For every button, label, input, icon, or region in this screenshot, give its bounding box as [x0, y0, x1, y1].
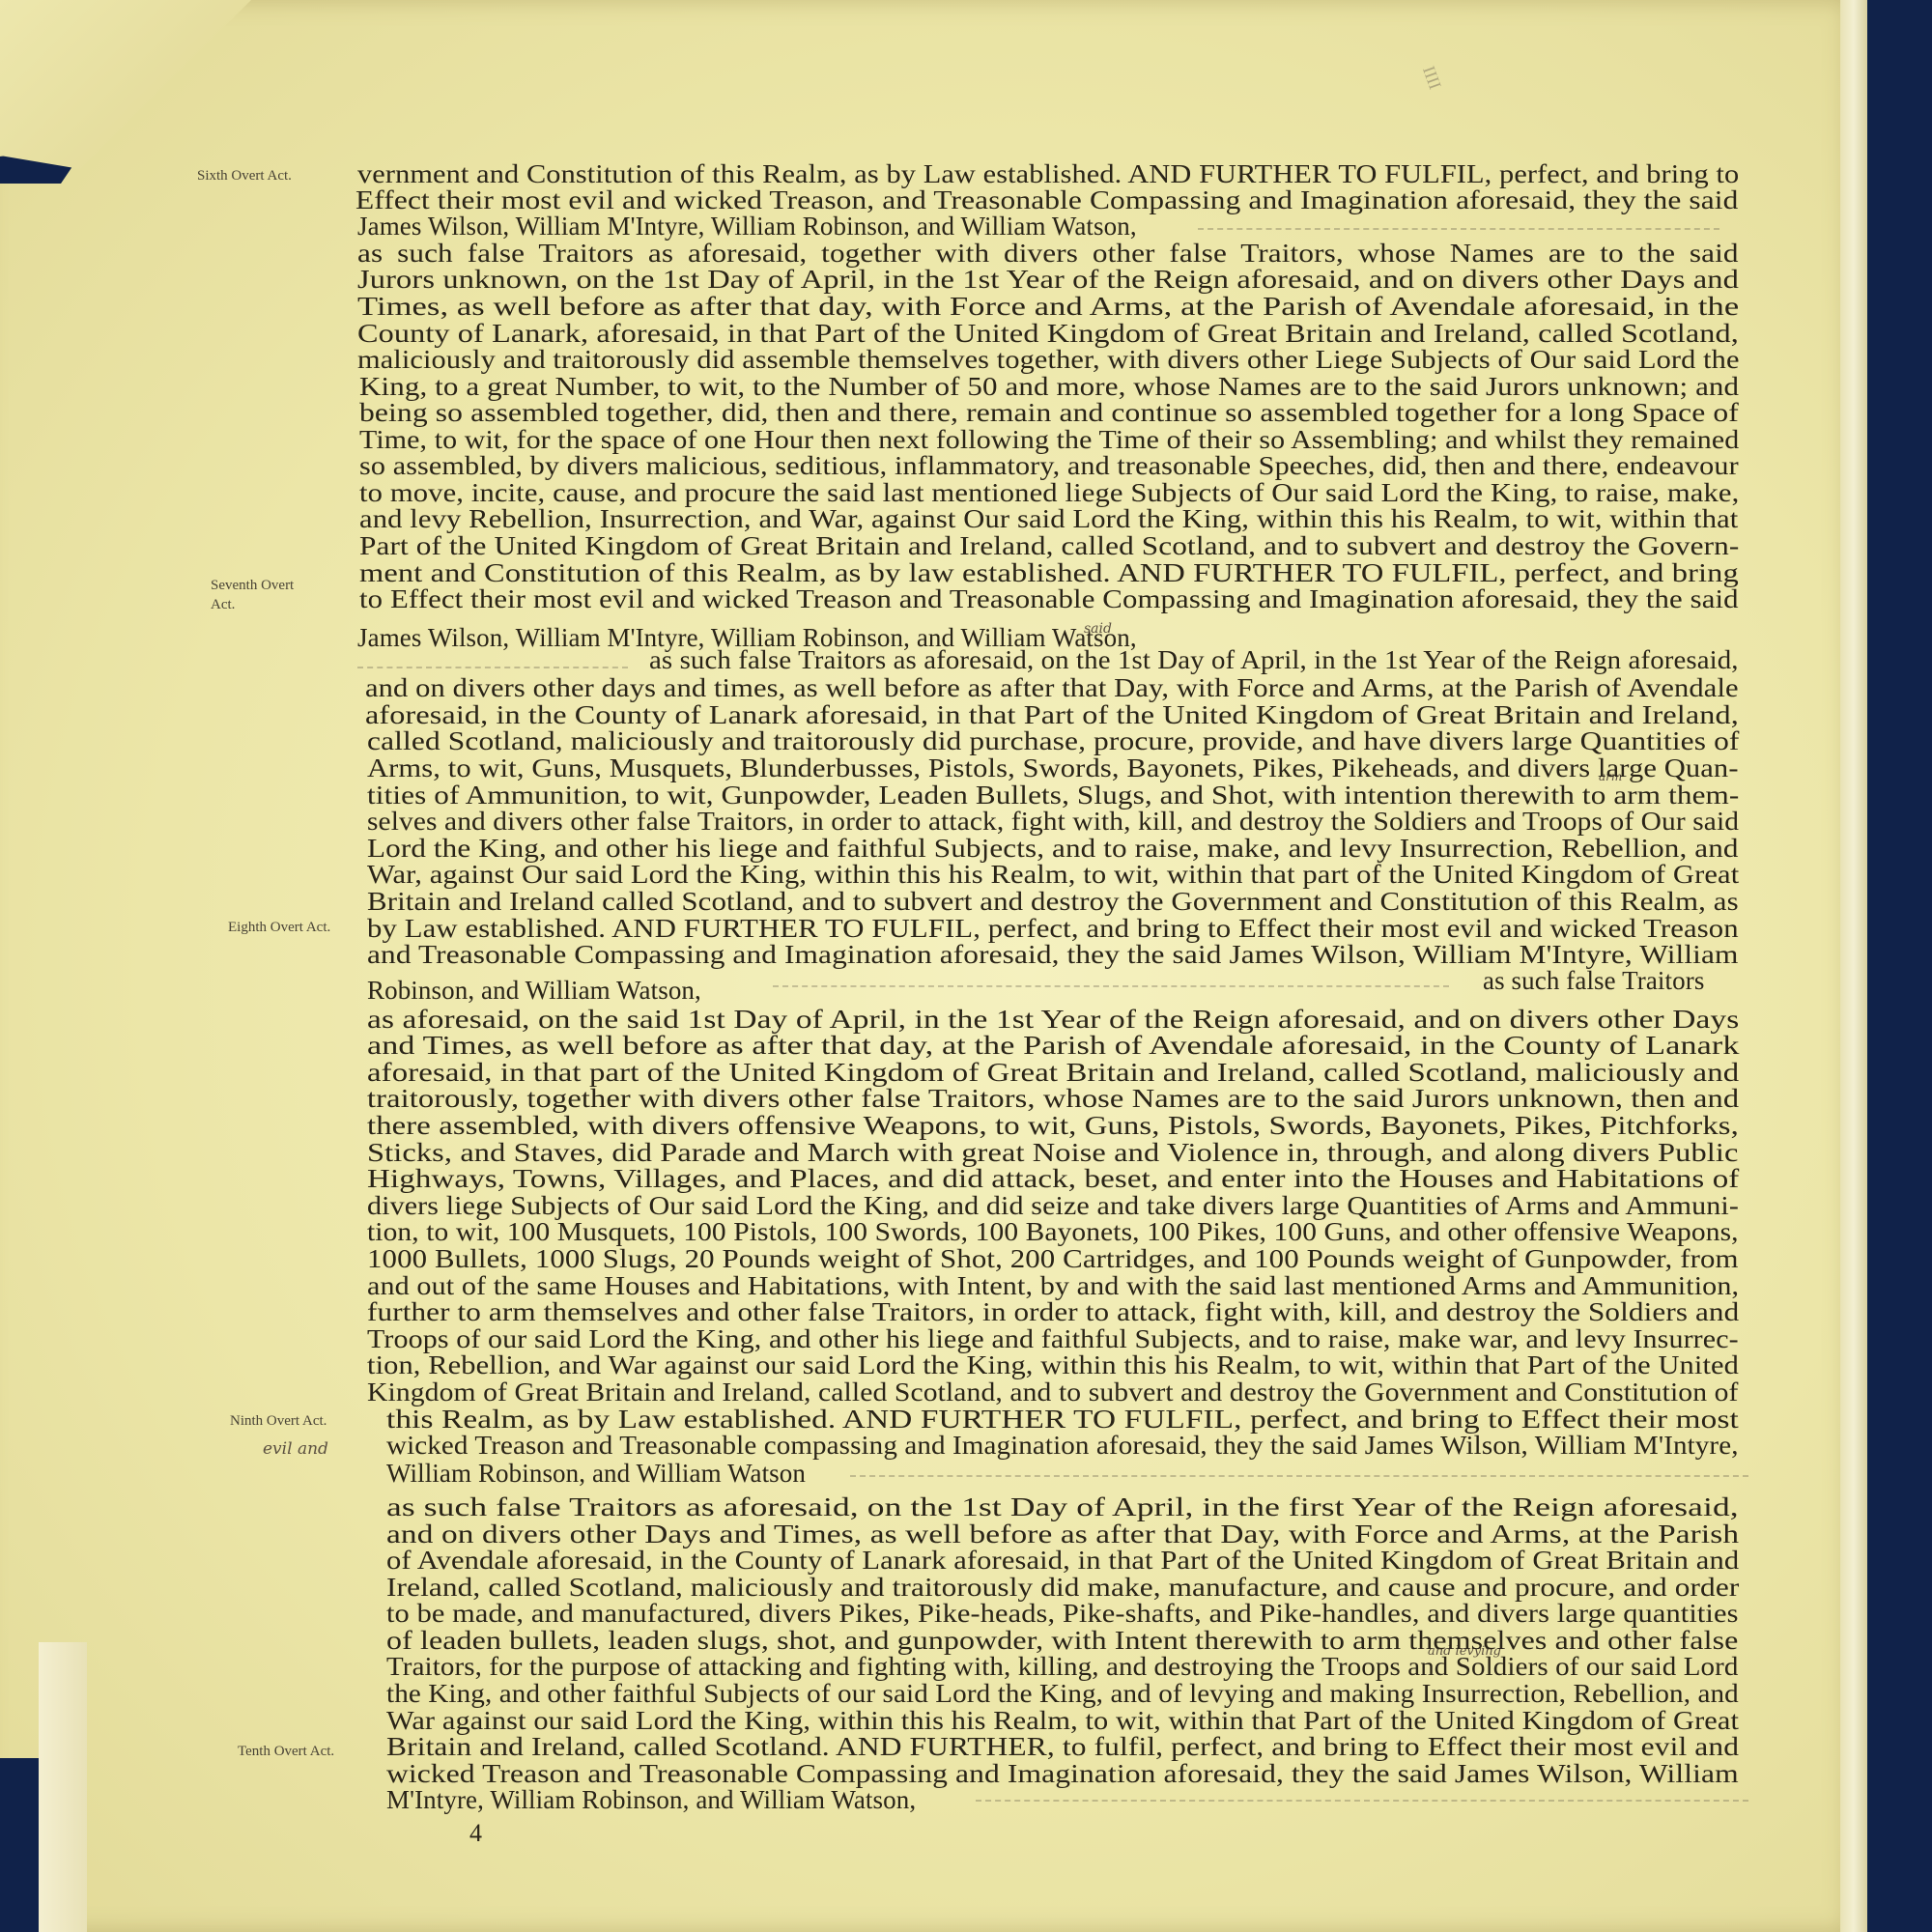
- text-line: Highways, Towns, Villages, and Places, a…: [367, 1164, 1739, 1194]
- text-line: and levy Rebellion, Insurrection, and Wa…: [359, 504, 1738, 534]
- text-line: as such false Traitors as aforesaid, on …: [386, 1492, 1739, 1522]
- text-line: maliciously and traitorously did assembl…: [357, 345, 1740, 375]
- margin-note-sixth-overt-act: Sixth Overt Act.: [197, 168, 292, 185]
- text-line: Kingdom of Great Britain and Ireland, ca…: [367, 1378, 1739, 1407]
- pencil-rule: [357, 667, 628, 668]
- pencil-rule: [850, 1475, 1748, 1477]
- text-line: as such false Traitors: [1483, 966, 1704, 996]
- margin-note-seventh-overt-act: Seventh Overt: [211, 578, 294, 594]
- text-line: William Robinson, and William Watson: [386, 1459, 806, 1489]
- page-binding-edge: [39, 1642, 87, 1932]
- page-edge: [1840, 0, 1867, 1932]
- text-line: further to arm themselves and other fals…: [367, 1297, 1739, 1327]
- background-strip: [0, 1758, 39, 1932]
- text-line: Robinson, and William Watson,: [367, 976, 701, 1006]
- text-line: Arms, to wit, Guns, Musquets, Blunderbus…: [367, 753, 1739, 783]
- margin-note-eighth-overt-act: Eighth Overt Act.: [228, 920, 330, 936]
- page-number: 4: [469, 1819, 482, 1848]
- text-line: tion, Rebellion, and War against our sai…: [367, 1350, 1739, 1380]
- text-line: selves and divers other false Traitors, …: [367, 807, 1739, 837]
- margin-note-seventh-overt-act-cont: Act.: [211, 597, 235, 613]
- text-line: Traitors, for the purpose of attacking a…: [386, 1652, 1739, 1682]
- pencil-rule: [976, 1800, 1748, 1802]
- text-line: as such false Traitors as aforesaid, on …: [649, 645, 1739, 675]
- text-line: called Scotland, maliciously and traitor…: [367, 726, 1740, 756]
- margin-note-tenth-overt-act: Tenth Overt Act.: [238, 1744, 334, 1760]
- text-line: Jurors unknown, on the 1st Day of April,…: [357, 265, 1739, 295]
- text-line: Britain and Ireland called Scotland, and…: [367, 887, 1739, 917]
- text-line: and Times, as well before as after that …: [367, 1031, 1740, 1061]
- handwritten-margin-insert: evil and: [263, 1439, 328, 1459]
- text-line: James Wilson, William M'Intyre, William …: [357, 212, 1137, 241]
- text-line: there assembled, with divers offensive W…: [367, 1111, 1739, 1141]
- text-line: of Avendale aforesaid, in the County of …: [386, 1546, 1739, 1576]
- text-line: traitorously, together with divers other…: [367, 1084, 1739, 1114]
- margin-note-ninth-overt-act: Ninth Overt Act.: [230, 1413, 327, 1430]
- pencil-rule: [1198, 228, 1719, 230]
- text-line: Times, as well before as after that day,…: [357, 292, 1739, 322]
- text-line: and on divers other days and times, as w…: [365, 673, 1739, 703]
- text-line: to be made, and manufactured, divers Pik…: [386, 1599, 1739, 1629]
- text-line: the King, and other faithful Subjects of…: [386, 1679, 1739, 1709]
- text-line: Britain and Ireland, called Scotland. AN…: [386, 1732, 1739, 1762]
- text-line: M'Intyre, William Robinson, and William …: [386, 1785, 916, 1815]
- text-line: War, against Our said Lord the King, wit…: [367, 860, 1739, 890]
- pencil-rule: [773, 985, 1449, 987]
- text-line: to Effect their most evil and wicked Tre…: [359, 584, 1739, 614]
- text-line: Part of the United Kingdom of Great Brit…: [359, 531, 1739, 561]
- text-line: tion, to wit, 100 Musquets, 100 Pistols,…: [367, 1217, 1739, 1247]
- text-line: so assembled, by divers malicious, sedit…: [359, 451, 1739, 481]
- text-line: wicked Treason and Treasonable compassin…: [386, 1431, 1739, 1461]
- text-line: being so assembled together, did, then a…: [359, 398, 1739, 428]
- text-line: 1000 Bullets, 1000 Slugs, 20 Pounds weig…: [367, 1244, 1739, 1274]
